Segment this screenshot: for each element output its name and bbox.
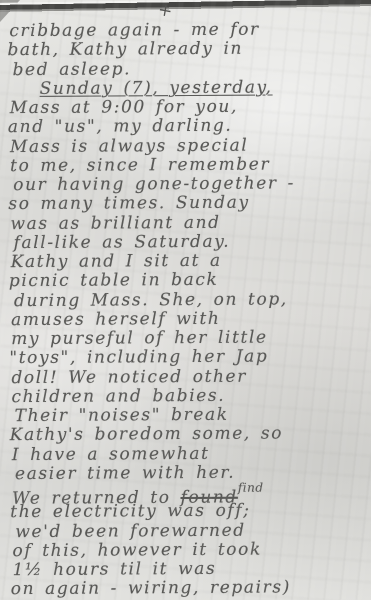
handwritten-line: bath, Kathy already in bbox=[7, 39, 367, 60]
handwritten-line: Kathy and I sit at a bbox=[11, 251, 369, 272]
handwritten-line: on again - wiring, repairs) bbox=[11, 578, 371, 599]
handwritten-line: bed asleep. bbox=[12, 58, 367, 79]
handwritten-line: We returned to foundfind bbox=[12, 482, 370, 503]
handwritten-line: Mass at 9:00 for you, bbox=[10, 97, 368, 118]
handwritten-line: Kathy's boredom some, so bbox=[10, 424, 370, 445]
handwritten-line: Mass is always special bbox=[10, 135, 368, 156]
handwritten-line: Sunday (7), yesterday, bbox=[10, 78, 368, 99]
handwritten-line: children and babies. bbox=[11, 386, 369, 407]
handwritten-line: cribbage again - me for bbox=[9, 20, 367, 41]
handwritten-line: to me, since I remember bbox=[10, 155, 368, 176]
letter-lines: cribbage again - me forbath, Kathy alrea… bbox=[9, 20, 371, 600]
handwritten-line: during Mass. She, on top, bbox=[14, 289, 369, 310]
handwritten-line: we'd been forewarned bbox=[15, 520, 370, 541]
handwritten-line: picnic table in back bbox=[9, 270, 369, 291]
handwritten-line: amuses herself with bbox=[11, 309, 369, 330]
handwritten-line: was as brilliant and bbox=[10, 212, 368, 233]
handwritten-line: easier time with her. bbox=[15, 463, 370, 484]
handwritten-line: and "us", my darling. bbox=[8, 116, 368, 137]
paper-top-edge bbox=[0, 0, 371, 15]
handwritten-line: Their "noises" break bbox=[15, 405, 370, 426]
handwritten-line: fall-like as Saturday. bbox=[14, 232, 369, 253]
handwritten-line: 1½ hours til it was bbox=[13, 559, 371, 580]
handwritten-line: our having gone-together - bbox=[13, 174, 368, 195]
handwritten-line: of this, however it took bbox=[12, 540, 370, 561]
handwritten-line: my purseful of her little bbox=[11, 328, 369, 349]
cross-mark: + bbox=[156, 0, 174, 22]
handwritten-line: doll! We noticed other bbox=[11, 366, 369, 387]
inserted-word: find bbox=[238, 481, 264, 495]
handwritten-line: so many times. Sunday bbox=[8, 193, 368, 214]
letter-scan: + cribbage again - me forbath, Kathy alr… bbox=[0, 0, 371, 600]
handwritten-line: the electricity was off; bbox=[10, 501, 370, 522]
handwritten-line: "toys", including her Jap bbox=[9, 347, 369, 368]
handwritten-line: I have a somewhat bbox=[12, 443, 370, 464]
